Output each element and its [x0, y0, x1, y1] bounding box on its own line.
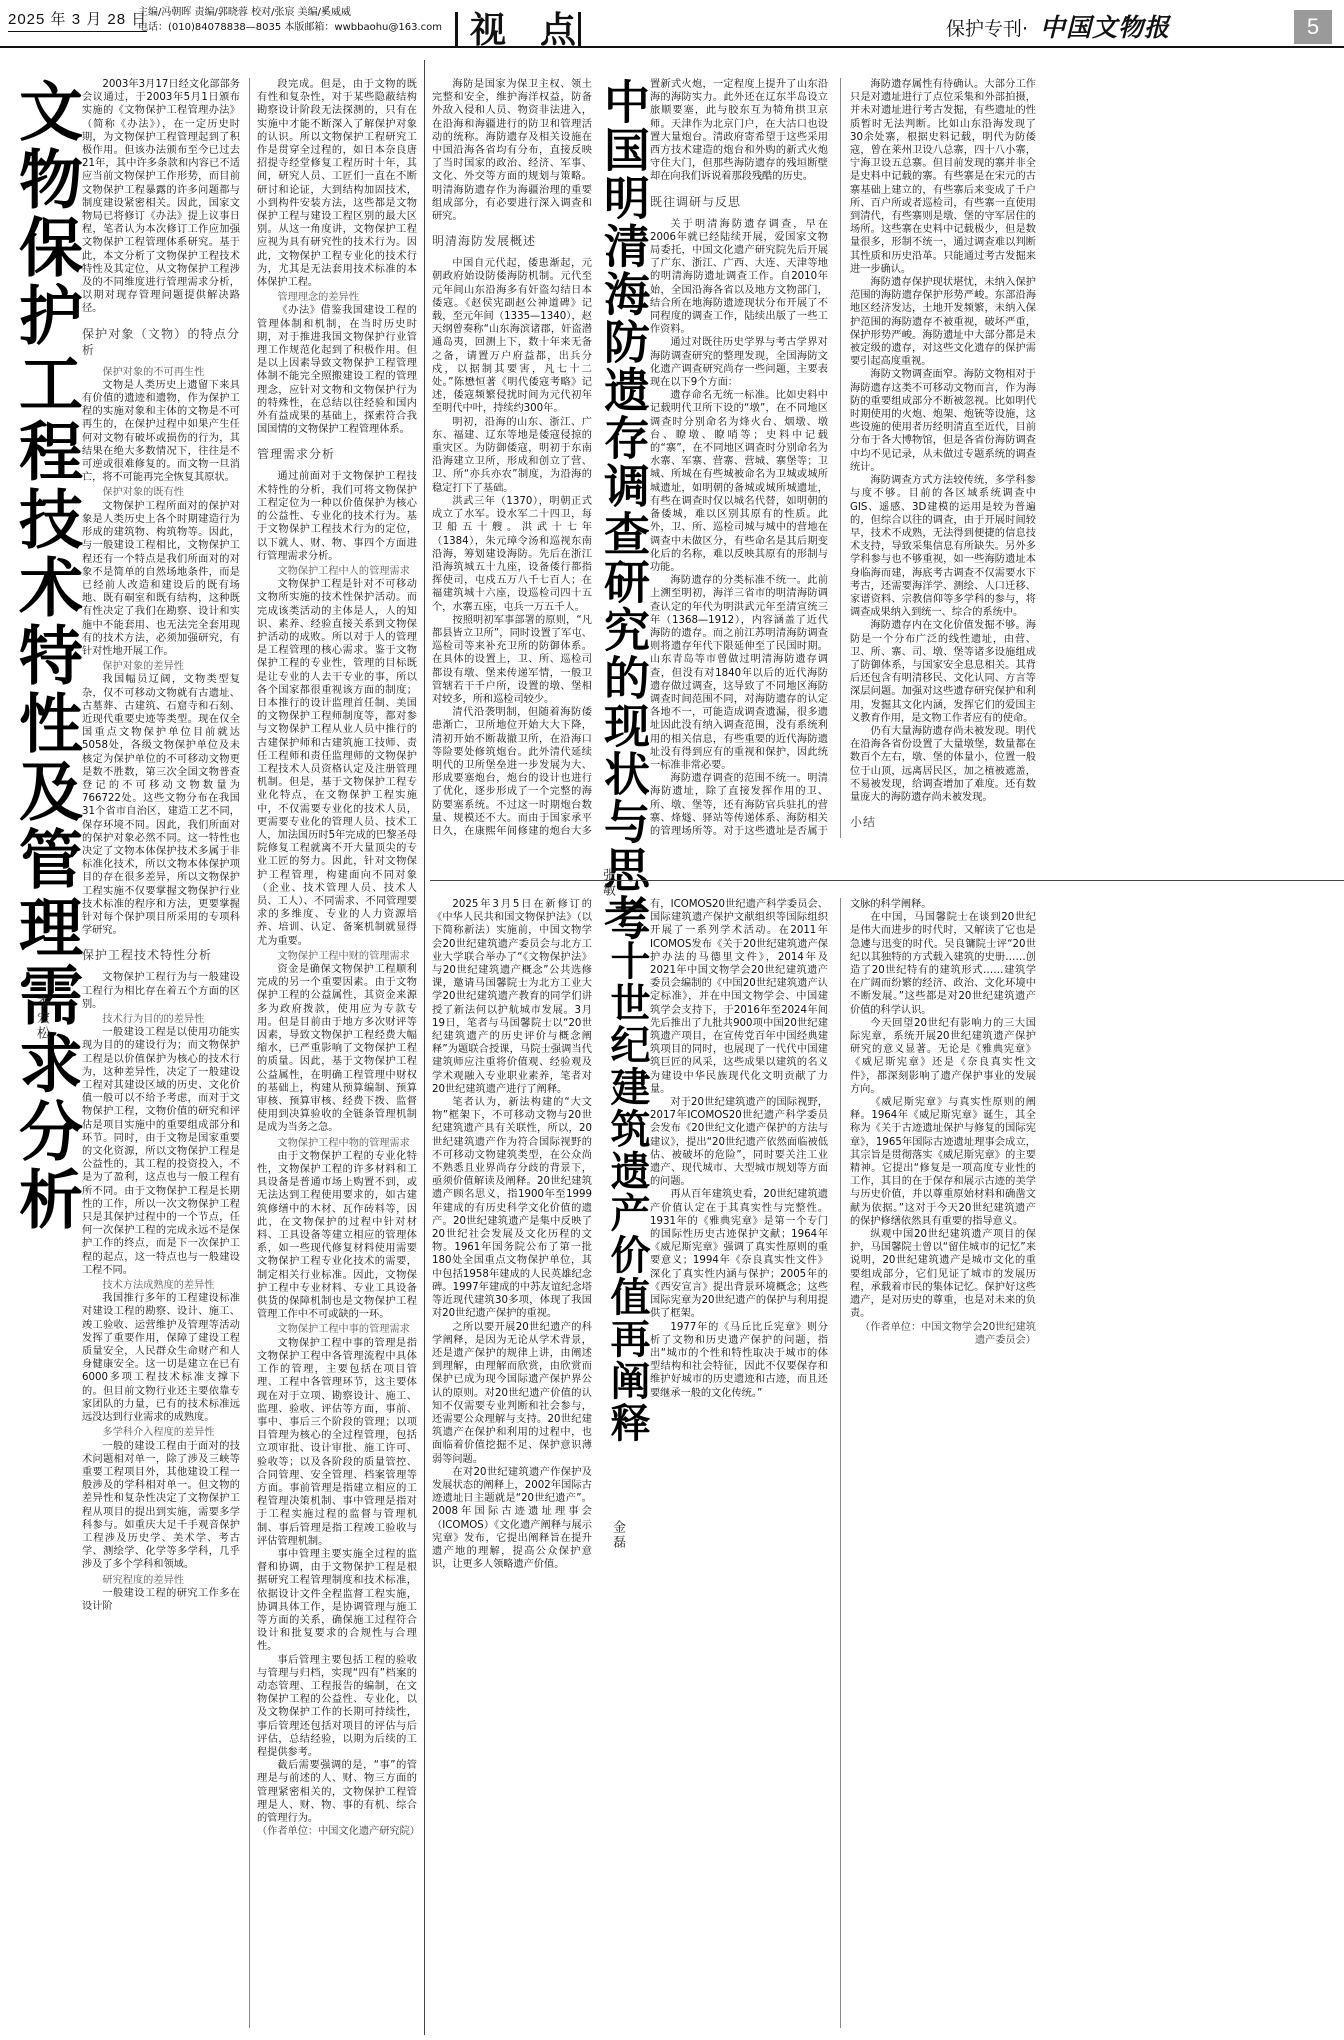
- author-affiliation: （作者单位：中国文物学会20世纪建筑遗产委员会）: [850, 1321, 1036, 1347]
- contact-line: 电话：(010)84078838—8035 本版邮箱：wwbbaohu@163.…: [138, 20, 442, 35]
- paragraph: 通过对既往历史学界与考古学界对海防调查研究的整理发现，全国海防文化遗产调查研究尚…: [650, 336, 828, 389]
- masthead: 2025 年 3 月 28 日 主编/冯朝晖 责编/郭晓蓉 校对/张宸 美编/奚…: [0, 0, 1344, 46]
- subheading: 既往调研与反思: [650, 194, 828, 210]
- supplement-label: 保护专刊·: [946, 14, 1028, 41]
- paragraph: 《威尼斯宪章》与真实性原则的阐释。1964年《威尼斯宪章》诞生，其全称为《关于古…: [850, 1096, 1036, 1228]
- minor-heading: 技术方法成熟度的差异性: [82, 1279, 240, 1292]
- article1-author: 李宏松: [32, 996, 51, 1041]
- paragraph: 置新式火炮，一定程度上提升了山东沿海的海防实力。此外还在辽东半岛设立旅顺要塞，此…: [650, 78, 828, 184]
- paragraph: 在对20世纪建筑遗产作保护及发展状态的阐释上，2002年国际古迹遗址日主题就是“…: [432, 1466, 592, 1572]
- paragraph: 洪武三年（1370），明朝正式成立了水军。设水军二十四卫，每卫船五十艘。洪武十七…: [432, 495, 592, 614]
- paragraph: 文物保护工程所面对的保护对象是人类历史上各个时期建造行为形成的建筑物、构筑物等。…: [82, 500, 240, 658]
- article2-author: 张敏: [598, 868, 617, 898]
- minor-heading: 文物保护工程中物的管理需求: [257, 1137, 417, 1150]
- paragraph: 2025年3月5日在新修订的《中华人民共和国文物保护法》（以下简称新法）实施前，…: [432, 898, 592, 1096]
- paragraph: 2003年3月17日经文化部部务会议通过，于2003年5月1日颁布实施的《文物保…: [82, 78, 240, 316]
- paragraph: 通过前面对于文物保护工程技术特性的分析，我们可将文物保护工程定位为一种以价值保护…: [257, 470, 417, 562]
- paragraph: 海防遗存调查的范围不统一。明清海防遗址，除了直接发挥作用的卫、所、墩、堡等，还有…: [650, 772, 828, 838]
- minor-heading: 技术行为目的的差异性: [82, 1013, 240, 1026]
- paragraph: 明初，沿海的山东、浙江、广东、福建、辽东等地是倭寇侵掠的重灾区。为防御倭寇，明初…: [432, 416, 592, 495]
- minor-heading: 保护对象的不可再生性: [82, 366, 240, 379]
- subheading: 小结: [850, 814, 1036, 830]
- paragraph: 笔者认为，新法构建的“大文物”框架下，不可移动文物与20世纪建筑遗产具有关联性，…: [432, 1096, 592, 1320]
- paragraph: 文物是人类历史上遗留下来具有价值的遗迹和遗物，作为保护工程的实施对象和主体的文物…: [82, 379, 240, 485]
- article3-column-3: 文脉的科学阐释。在中国，马国馨院士在谈到20世纪是伟大而进步的时代时，又解读了它…: [850, 898, 1036, 2038]
- paragraph: 段完成。但是，由于文物的既有性和复杂性，对于某些隐蔽结构勘察设计阶段无法探测的，…: [257, 78, 417, 289]
- paragraph: 截后需要强调的是，“事”的管理是与前述的人、财、物三方面的管理紧密相关的，文物保…: [257, 1759, 417, 1825]
- issue-date: 2025 年 3 月 28 日: [8, 8, 147, 32]
- column-divider: [840, 898, 841, 2028]
- section-bar-left: [455, 12, 458, 48]
- article2-column-2: 置新式火炮，一定程度上提升了山东沿海的海防实力。此外还在辽东半岛设立旅顺要塞，此…: [650, 78, 828, 838]
- article1-column-1: 2003年3月17日经文化部部务会议通过，于2003年5月1日颁布实施的《文物保…: [82, 78, 240, 2038]
- paragraph: 文物保护工程是针对不可移动文物所实施的技术性保护活动。而完成该类活动的主体是人，…: [257, 578, 417, 948]
- paragraph: 一般的建设工程由于面对的技术问题相对单一，除了涉及三峡等重要工程项目外，其他建设…: [82, 1440, 240, 1572]
- minor-heading: 研究程度的差异性: [82, 1574, 240, 1587]
- paragraph: 再从百年建筑史看，20世纪建筑遗产价值认定在于其真实性与完整性。1931年的《雅…: [650, 1188, 828, 1320]
- column-divider: [840, 78, 841, 838]
- paragraph: 海防文物调查面窄。海防文物相对于海防遗存这类不可移动文物而言，作为海防的重要组成…: [850, 368, 1036, 474]
- paragraph: 仍有大量海防遗存尚未被发现。明代在沿海各省份设置了大量墩堡，数量都在数百个左右，…: [850, 725, 1036, 804]
- paragraph: 我国推行多年的工程建设标准对建设工程的勘察、设计、施工、竣工验收、运营维护及管理…: [82, 1292, 240, 1424]
- minor-heading: 文物保护工程中财的管理需求: [257, 950, 417, 963]
- paragraph: 资金是确保文物保护工程顺利完成的另一个重要因素。由于文物保护工程的公益属性，其资…: [257, 963, 417, 1135]
- paragraph: 1977年的《马丘比丘宪章》则分析了文物和历史遗产保护的问题，指出“城市的个性和…: [650, 1321, 828, 1400]
- paragraph: 文脉的科学阐释。: [850, 898, 1036, 911]
- section-bar-right: [578, 12, 581, 48]
- article3-column-1: 2025年3月5日在新修订的《中华人民共和国文物保护法》（以下简称新法）实施前，…: [432, 898, 592, 2038]
- paragraph: 清代沿袭明制，但随着海防倭患渐亡，卫所地位开始大大下降，清初开始不断裁撤卫所，在…: [432, 706, 592, 838]
- subheading: 管理需求分析: [257, 446, 417, 462]
- paragraph: 按照明初军事部署的原则，“凡都县皆立卫所”，同时设置了军屯、巡检司等来补充卫所的…: [432, 614, 592, 706]
- author-affiliation: （作者单位：中国文化遗产研究院）: [257, 1825, 417, 1838]
- subheading: 保护对象（文物）的特点分析: [82, 326, 240, 358]
- staff-credits: 主编/冯朝晖 责编/郭晓蓉 校对/张宸 美编/奚威威 电话：(010)84078…: [138, 5, 442, 35]
- article1-title: 文物保护工程技术特性及管理需求分析: [10, 78, 80, 1234]
- paragraph: 海防是国家为保卫主权、领土完整和安全，维护海洋权益，防备外敌入侵和人员、物资非法…: [432, 78, 592, 223]
- newspaper-logo: 中国文物报: [1040, 8, 1170, 44]
- paragraph: 文物保护工程行为与一般建设工程行为相比存在着五个方面的区别。: [82, 971, 240, 1011]
- paragraph: 在中国，马国馨院士在谈到20世纪是伟大而进步的时代时，又解读了它也是急遽与迅变的…: [850, 911, 1036, 1017]
- paragraph: 海防遗存属性有待确认。大部分工作只是对遗址进行了点位采集和外部拍摄，并未对遗址进…: [850, 78, 1036, 276]
- paragraph: 事后管理主要包括工程的验收与管理与归档，实现“四有”档案的动态管理、工程报告的编…: [257, 1654, 417, 1760]
- paragraph: 海防调查方式方法较传统，多学科参与度不够。目前的各区域系统调查中GIS、遥感、3…: [850, 474, 1036, 619]
- paragraph: 中国自元代起，倭患渐起，元朝政府始设防倭海防机制。元代至元年间山东沿海多有奸盗勾…: [432, 257, 592, 415]
- paragraph: 文物保护工程中事的管理是指文物保护工程中各管理流程中具体工作的管理，主要包括在项…: [257, 1337, 417, 1548]
- paragraph: 事中管理主要实施全过程的监督和协调，由于文物保护工程是根据研究工程管理制度和技术…: [257, 1548, 417, 1654]
- article3-column-2: 有，ICOMOS20世纪遗产科学委员会、国际建筑遗产保护文献组织等国际组织开展了…: [650, 898, 828, 2038]
- paragraph: 之所以要开展20世纪遗产的科学阐释，是因为无论从学术背景，还是遗产保护的规律上讲…: [432, 1321, 592, 1466]
- paragraph: 对于20世纪建筑遗产的国际视野，2017年ICOMOS20世纪遗产科学委员会发布…: [650, 1096, 828, 1188]
- paragraph: 海防遗存内在文化价值发掘不够。海防是一个分布广泛的线性遗址，由营、卫、所、寨、司…: [850, 619, 1036, 725]
- article2-column-3: 海防遗存属性有待确认。大部分工作只是对遗址进行了点位采集和外部拍摄，并未对遗址进…: [850, 78, 1036, 838]
- subheading: 保护工程技术特性分析: [82, 947, 240, 963]
- paragraph: 由于文物保护工程的专业化特性，文物保护工程的许多材料和工具设备是普通市场上购置不…: [257, 1150, 417, 1322]
- paragraph: 我国幅员辽阔，文物类型复杂，仅不可移动文物就有古遗址、古墓葬、古建筑、石窟寺和石…: [82, 673, 240, 937]
- minor-heading: 文物保护工程中事的管理需求: [257, 1323, 417, 1336]
- paragraph: 海防遗存保护现状堪忧，未纳入保护范围的海防遗存保护形势严峻。东部沿海地区经济发达…: [850, 276, 1036, 368]
- page-number-badge: 5: [1294, 10, 1332, 44]
- article-divider: [424, 60, 425, 2035]
- masthead-rule: [0, 46, 1344, 48]
- subheading: 明清海防发展概述: [432, 233, 592, 249]
- editors-line: 主编/冯朝晖 责编/郭晓蓉 校对/张宸 美编/奚威威: [138, 5, 442, 20]
- paragraph: 关于明清海防遗存调查，早在2006年就已经陆续开展，爱国家文物局委托，中国文化遗…: [650, 218, 828, 337]
- article2-column-1: 海防是国家为保卫主权、领土完整和安全，维护海洋权益，防备外敌入侵和人员、物资非法…: [432, 78, 592, 838]
- paragraph: 一般建设工程的研究工作多在设计阶: [82, 1587, 240, 1613]
- minor-heading: 多学科介入程度的差异性: [82, 1426, 240, 1439]
- paragraph: 遗存命名无统一标准。比如史料中记载明代卫所下设的“墩”，在不同地区调查时分别命名…: [650, 389, 828, 574]
- minor-heading: 保护对象的既有性: [82, 486, 240, 499]
- paragraph: 一般建设工程是以使用功能实现为目的的建设行为；而文物保护工程是以价值保护为核心的…: [82, 1026, 240, 1277]
- minor-heading: 保护对象的差异性: [82, 660, 240, 673]
- paragraph: 纵观中国20世纪建筑遗产项目的保护，马国馨院士曾以“留住城市的记忆”来说明，20…: [850, 1228, 1036, 1320]
- article1-column-2: 段完成。但是，由于文物的既有性和复杂性，对于某些隐蔽结构勘察设计阶段无法探测的，…: [257, 78, 417, 2038]
- article2-title: 中国明清海防遗存调查研究的现状与思考: [598, 78, 650, 942]
- paragraph: 有，ICOMOS20世纪遗产科学委员会、国际建筑遗产保护文献组织等国际组织开展了…: [650, 898, 828, 1096]
- article3-title: 二十世纪建筑遗产价值再阐释: [604, 898, 650, 1444]
- minor-heading: 文物保护工程中人的管理需求: [257, 565, 417, 578]
- paragraph: 《办法》借鉴我国建设工程的管理体制和机制，在当时历史时期，对于推进我国文物保护行…: [257, 304, 417, 436]
- column-divider: [249, 78, 250, 2028]
- paragraph: 海防遗存的分类标准不统一。此前上溯至明初，海洋三省市的明清海防调查认定的年代为明…: [650, 574, 828, 772]
- paragraph: 今天回望20世纪有影响力的三大国际宪章，系统开展20世纪建筑遗产保护研究的意义显…: [850, 1017, 1036, 1096]
- minor-heading: 管理理念的差异性: [257, 291, 417, 304]
- article-divider-horizontal: [430, 880, 1344, 881]
- article3-author: 金磊: [608, 1520, 627, 1550]
